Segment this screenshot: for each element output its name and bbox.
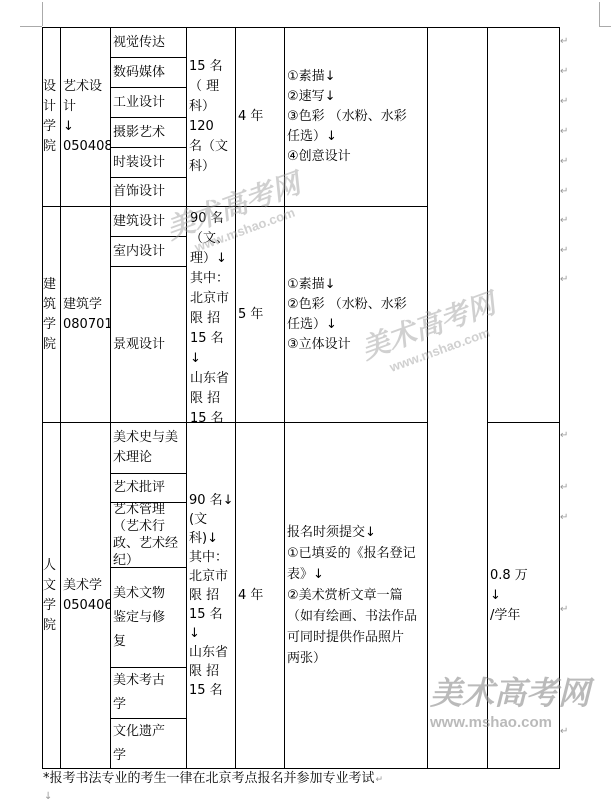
- paragraph-mark: ↵: [560, 245, 568, 256]
- direction-cell[interactable]: 数码媒体: [110, 57, 187, 88]
- direction-label: 工业设计: [111, 93, 165, 113]
- college-name: 建 筑 学 院: [43, 275, 56, 355]
- direction-cell[interactable]: 视觉传达: [110, 27, 187, 58]
- page-corner-mark: [599, 2, 600, 26]
- major-cell[interactable]: 建筑学 080701: [60, 206, 111, 423]
- college-cell[interactable]: 人 文 学 院: [42, 422, 61, 769]
- exam-cell[interactable]: ①素描↓ ②色彩 （水粉、水彩 任选）↓ ③立体设计: [284, 206, 428, 423]
- tuition-cell[interactable]: 0.8 万 ↓ /学年: [487, 422, 560, 769]
- direction-label: 时装设计: [111, 153, 165, 173]
- direction-cell[interactable]: 首饰设计: [110, 177, 187, 207]
- exam-cell[interactable]: ①素描↓ ②速写↓ ③色彩 （水粉、水彩 任选）↓ ④创意设计: [284, 27, 428, 207]
- duration-cell[interactable]: 5 年: [235, 206, 285, 423]
- line-break-mark: ↓: [44, 791, 52, 802]
- paragraph-mark: ↵: [560, 156, 568, 167]
- exam-text: 报名时须提交↓ ①已填妥的《报名登记 表》↓ ②美术赏析文章一篇 （如有绘画、书…: [285, 522, 417, 669]
- exam-text: ①素描↓ ②速写↓ ③色彩 （水粉、水彩 任选）↓ ④创意设计: [285, 67, 407, 167]
- paragraph-mark: ↵: [560, 36, 568, 47]
- direction-label: 艺术批评: [111, 478, 165, 498]
- major-cell[interactable]: 艺术设 计 ↓ 050408: [60, 27, 111, 207]
- exam-text: ①素描↓ ②色彩 （水粉、水彩 任选）↓ ③立体设计: [285, 275, 407, 355]
- quota-text: 90 名 （文、 理）↓ 其中： 北京市 限 招 15 名↓ 山东省 限 招 1…: [190, 209, 233, 423]
- paragraph-mark: ↵: [376, 775, 384, 785]
- direction-label: 视觉传达: [111, 33, 165, 53]
- direction-cell[interactable]: 室内设计: [110, 236, 187, 267]
- direction-label: 建筑设计: [111, 212, 165, 232]
- paragraph-mark: ↵: [560, 96, 568, 107]
- direction-cell[interactable]: 工业设计: [110, 87, 187, 118]
- duration-text: 4 年: [236, 107, 263, 127]
- duration-cell[interactable]: 4 年: [235, 422, 285, 769]
- paragraph-mark: ↵: [560, 726, 568, 737]
- direction-label: 数码媒体: [111, 63, 165, 83]
- direction-cell[interactable]: 文化遗产 学: [110, 718, 187, 769]
- direction-cell[interactable]: 美术史与美 术理论: [110, 422, 187, 474]
- direction-label: 美术考古 学: [111, 669, 165, 717]
- paragraph-mark: ↵: [560, 482, 568, 493]
- page-corner-mark: [42, 2, 43, 26]
- direction-cell[interactable]: 美术考古 学: [110, 667, 187, 719]
- college-name: 人 文 学 院: [43, 556, 56, 636]
- quota-cell[interactable]: 90 名 （文、 理）↓ 其中： 北京市 限 招 15 名↓ 山东省 限 招 1…: [186, 206, 236, 423]
- major-name: 建筑学 080701: [61, 295, 111, 335]
- exam-cell[interactable]: 报名时须提交↓ ①已填妥的《报名登记 表》↓ ②美术赏析文章一篇 （如有绘画、书…: [284, 422, 428, 769]
- college-cell[interactable]: 设 计 学 院: [42, 27, 61, 207]
- major-cell[interactable]: 美术学 050406: [60, 422, 111, 769]
- direction-label: 首饰设计: [111, 182, 165, 202]
- major-name: 艺术设 计 ↓ 050408: [61, 77, 111, 157]
- paragraph-mark: ↵: [560, 430, 568, 441]
- direction-label: 美术文物 鉴定与修 复: [111, 582, 165, 654]
- quota-cell[interactable]: 90 名↓ (文科)↓ 其中： 北京市 限 招 15 名 ↓ 山东省 限 招 1…: [186, 422, 236, 769]
- direction-cell[interactable]: 艺术管理 （艺术行 政、艺术经 纪）: [110, 502, 187, 568]
- paragraph-mark: ↵: [560, 604, 568, 615]
- direction-cell[interactable]: 摄影艺术: [110, 117, 187, 148]
- paragraph-mark: ↵: [560, 512, 568, 523]
- direction-cell[interactable]: 艺术批评: [110, 473, 187, 503]
- document-page: 设 计 学 院 艺术设 计 ↓ 050408 视觉传达 数码媒体 工业设计 摄影…: [0, 0, 611, 805]
- major-name: 美术学 050406: [61, 576, 111, 616]
- college-cell[interactable]: 建 筑 学 院: [42, 206, 61, 423]
- direction-cell[interactable]: 建筑设计: [110, 206, 187, 237]
- direction-label: 美术史与美 术理论: [111, 428, 178, 468]
- footer-note-text: *报考书法专业的考生一律在北京考点报名并参加专业考试: [43, 771, 375, 786]
- page-corner-mark: [599, 26, 611, 27]
- direction-cell[interactable]: 时装设计: [110, 147, 187, 178]
- empty-cell[interactable]: [487, 27, 560, 423]
- direction-label: 文化遗产 学: [111, 720, 165, 768]
- empty-cell[interactable]: [427, 27, 488, 769]
- quota-cell[interactable]: 15 名 （ 理 科）120 名（文 科）: [186, 27, 236, 207]
- paragraph-mark: ↵: [560, 126, 568, 137]
- tuition-text: 0.8 万 ↓ /学年: [488, 566, 528, 626]
- page-corner-mark: [20, 26, 42, 27]
- direction-label: 艺术管理 （艺术行 政、艺术经 纪）: [111, 502, 178, 568]
- paragraph-mark: ↵: [560, 274, 568, 285]
- paragraph-mark: ↵: [560, 186, 568, 197]
- quota-text: 15 名 （ 理 科）120 名（文 科）: [187, 57, 235, 177]
- direction-label: 摄影艺术: [111, 123, 165, 143]
- duration-cell[interactable]: 4 年: [235, 27, 285, 207]
- footer-note: *报考书法专业的考生一律在北京考点报名并参加专业考试↵: [43, 770, 383, 789]
- quota-text: 90 名↓ (文科)↓ 其中： 北京市 限 招 15 名 ↓ 山东省 限 招 1…: [187, 491, 235, 700]
- paragraph-mark: ↵: [560, 215, 568, 226]
- duration-text: 4 年: [236, 586, 263, 606]
- direction-cell[interactable]: 美术文物 鉴定与修 复: [110, 567, 187, 668]
- direction-label: 景观设计: [111, 335, 165, 355]
- college-name: 设 计 学 院: [43, 77, 56, 157]
- paragraph-mark: ↵: [560, 66, 568, 77]
- direction-cell[interactable]: 景观设计: [110, 266, 187, 423]
- direction-label: 室内设计: [111, 242, 165, 262]
- duration-text: 5 年: [236, 305, 263, 325]
